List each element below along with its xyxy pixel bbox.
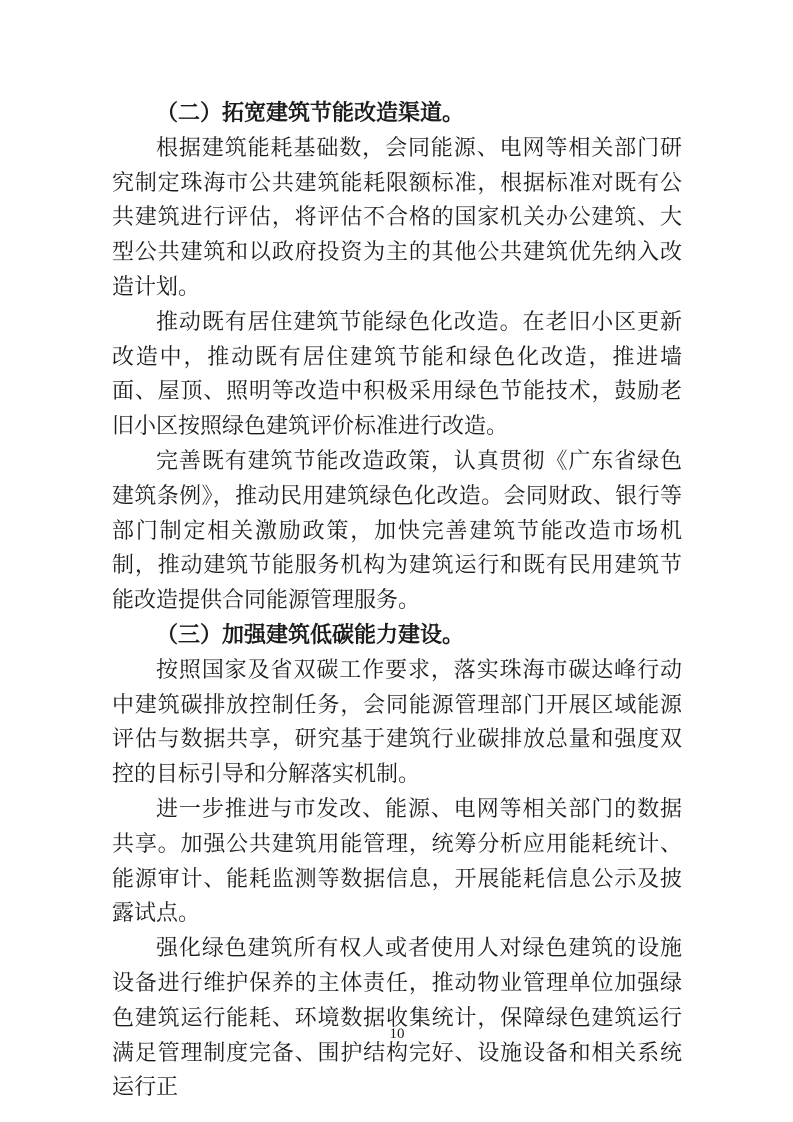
section-heading-3: （三）加强建筑低碳能力建设。	[112, 618, 682, 653]
paragraph-green-building-maintenance: 强化绿色建筑所有权人或者使用人对绿色建筑的设施设备进行维护保养的主体责任，推动物…	[112, 931, 682, 1105]
paragraph-residential-retrofit: 推动既有居住建筑节能绿色化改造。在老旧小区更新改造中，推动既有居住建筑节能和绿色…	[112, 305, 682, 444]
paragraph-data-sharing: 进一步推进与市发改、能源、电网等相关部门的数据共享。加强公共建筑用能管理，统筹分…	[112, 792, 682, 931]
paragraph-carbon-peak-tasks: 按照国家及省双碳工作要求，落实珠海市碳达峰行动中建筑碳排放控制任务，会同能源管理…	[112, 653, 682, 792]
document-body: （二）拓宽建筑节能改造渠道。 根据建筑能耗基础数，会同能源、电网等相关部门研究制…	[112, 96, 682, 1105]
document-page: （二）拓宽建筑节能改造渠道。 根据建筑能耗基础数，会同能源、电网等相关部门研究制…	[0, 0, 793, 1122]
paragraph-energy-quota-standard: 根据建筑能耗基础数，会同能源、电网等相关部门研究制定珠海市公共建筑能耗限额标准，…	[112, 131, 682, 305]
paragraph-retrofit-policy: 完善既有建筑节能改造政策，认真贯彻《广东省绿色建筑条例》，推动民用建筑绿色化改造…	[112, 444, 682, 618]
section-heading-2: （二）拓宽建筑节能改造渠道。	[112, 96, 682, 131]
page-number: 10	[112, 1024, 682, 1044]
